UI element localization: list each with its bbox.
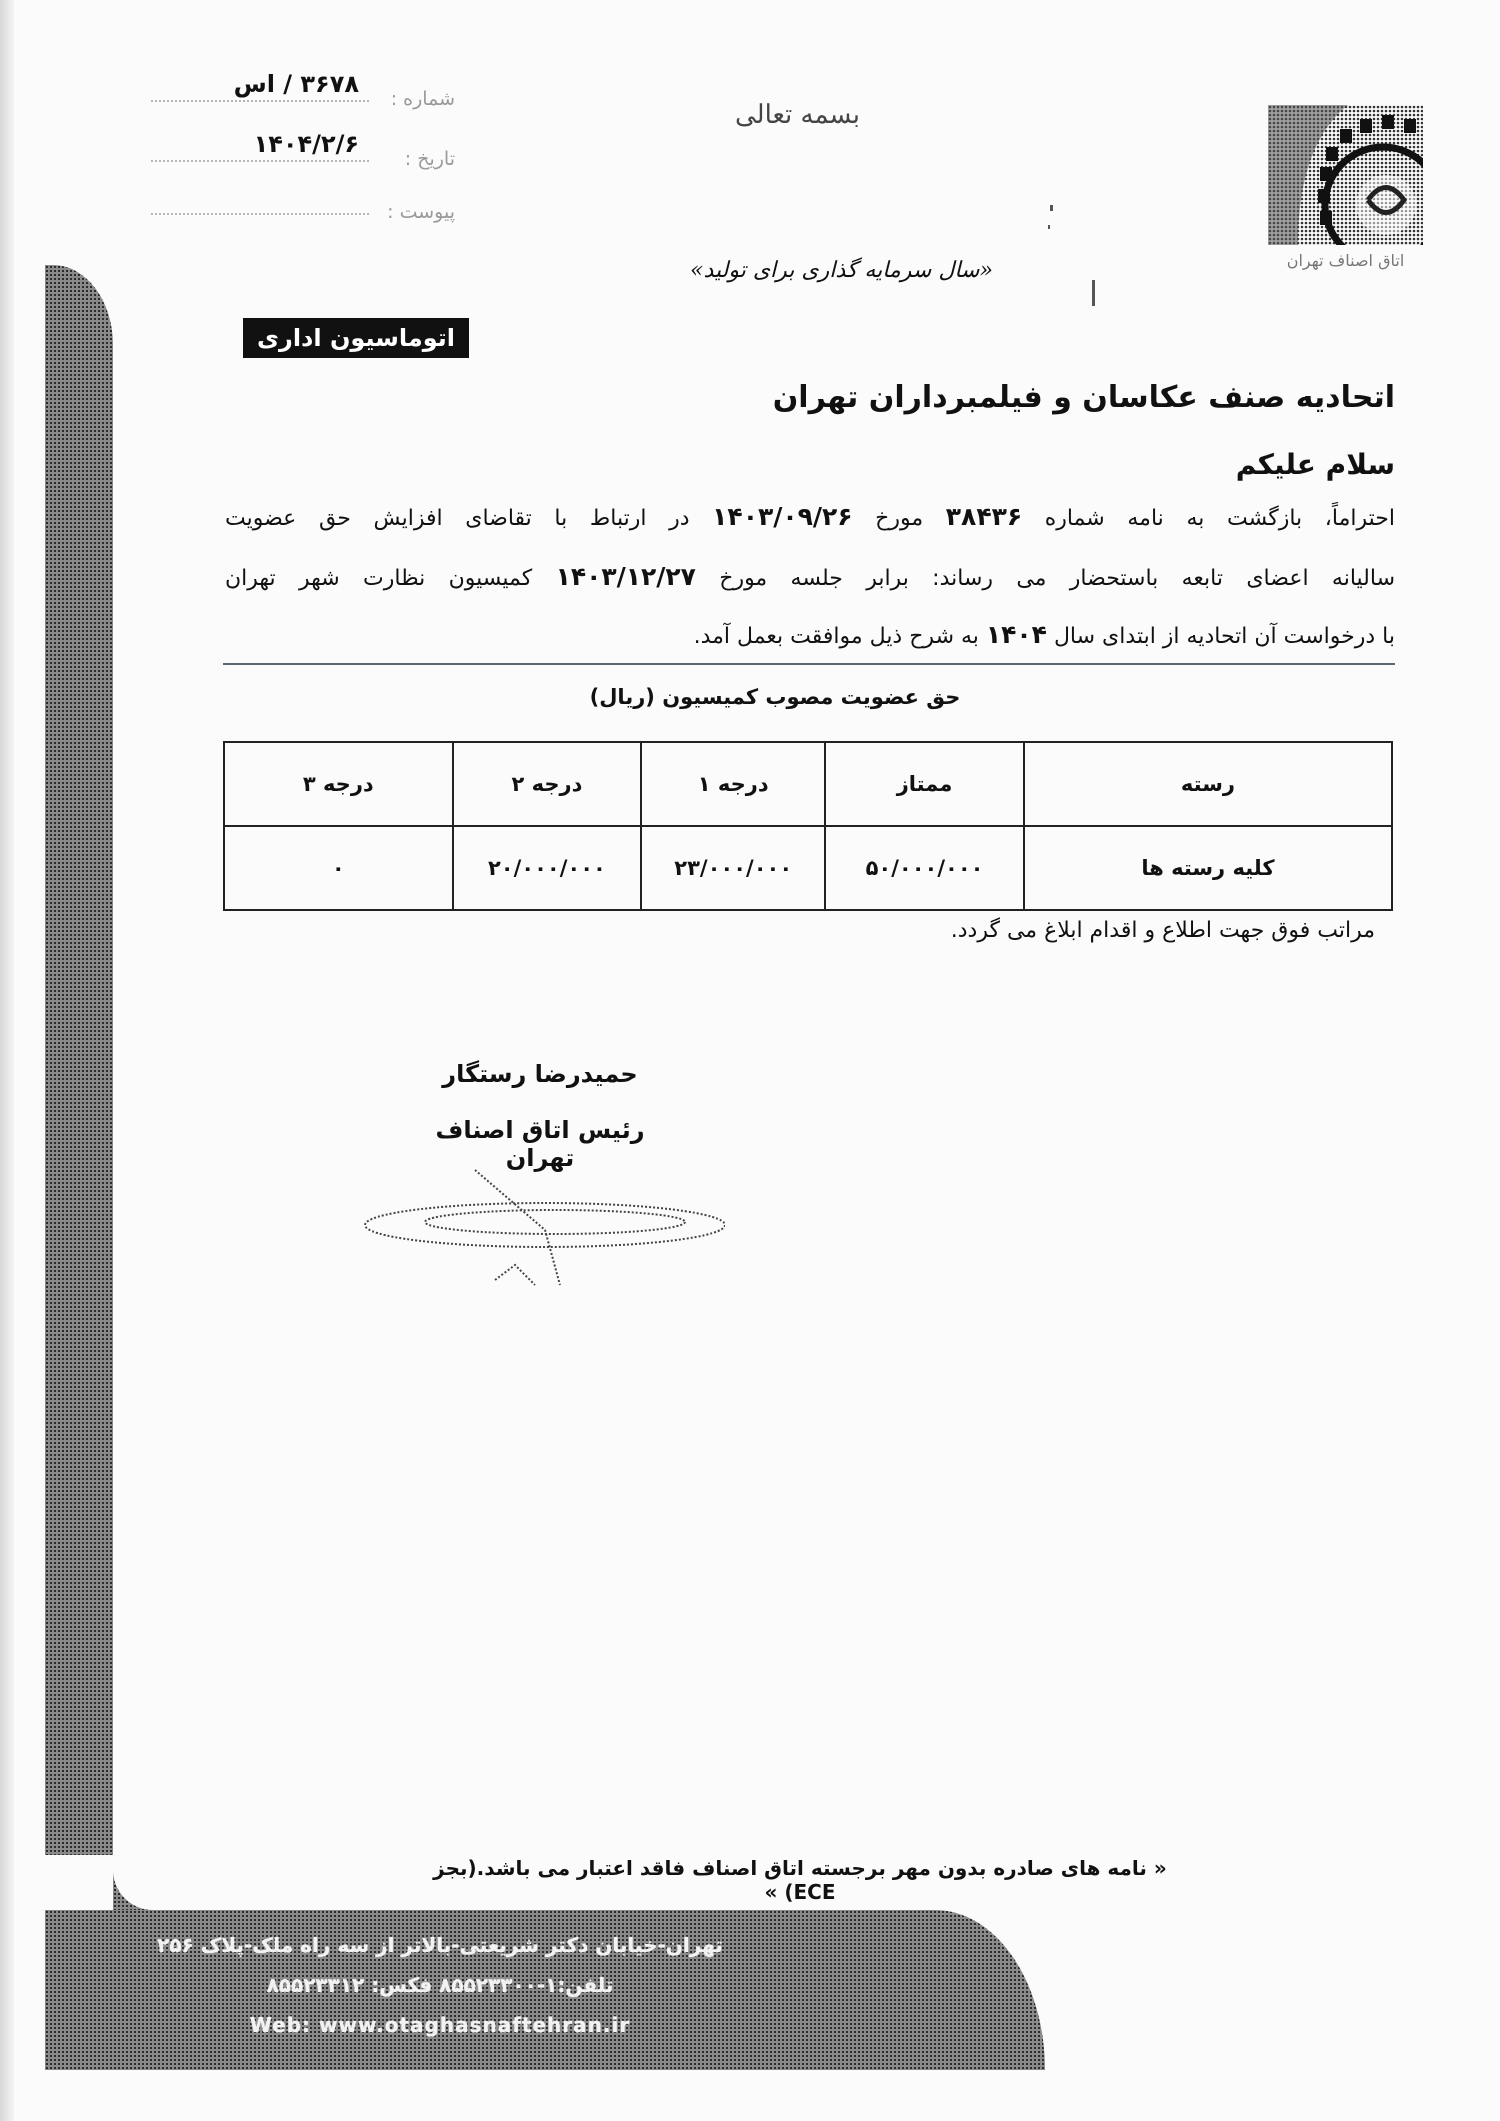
validity-disclaimer: « نامه های صادره بدون مهر برجسته اتاق اص…: [420, 1856, 1180, 1904]
letter-date-field: تاریخ : ۱۴۰۴/۲/۶: [145, 130, 455, 170]
decorative-band-left: [45, 265, 113, 1855]
scan-speck: [1050, 205, 1053, 211]
footer-website: Web: www.otaghasnaftehran.ir: [130, 2005, 750, 2045]
table-header-cell: درجه ۲: [453, 742, 642, 826]
body-text: مورخ: [853, 506, 946, 531]
body-line-3: با درخواست آن اتحادیه از ابتدای سال ۱۴۰۴…: [225, 620, 1395, 649]
letter-number-label: شماره :: [375, 88, 455, 110]
body-text: احتراماً، بازگشت به نامه شماره: [1022, 506, 1395, 531]
scan-speck: [1048, 225, 1050, 229]
gear-logo-icon: [1268, 105, 1423, 245]
letter-number-value: ۳۶۷۸ / اس: [234, 70, 359, 98]
organization-logo: اتاق اصناف تهران: [1268, 105, 1423, 295]
signer-block: حمیدرضا رستگار رئیس اتاق اصناف تهران: [400, 1060, 680, 1172]
table-header-cell: درجه ۱: [641, 742, 825, 826]
footer-contact: تهران-خیابان دکتر شریعتی-بالاتر از سه را…: [130, 1925, 750, 2045]
department-tag: اتوماسیون اداری: [243, 318, 469, 358]
bismillah-heading: بسمه تعالی: [735, 100, 860, 130]
reference-date: ۱۴۰۳/۰۹/۲۶: [712, 502, 852, 531]
table-row: کلیه رسته ها ۵۰/۰۰۰/۰۰۰ ۲۳/۰۰۰/۰۰۰ ۲۰/۰۰…: [224, 826, 1392, 910]
reference-number: ۳۸۴۳۶: [946, 502, 1022, 531]
handwritten-signature-icon: [345, 1160, 725, 1300]
membership-fee-table: رسته ممتاز درجه ۱ درجه ۲ درجه ۳ کلیه رست…: [223, 741, 1393, 911]
table-cell: کلیه رسته ها: [1024, 826, 1392, 910]
letter-date-label: تاریخ :: [375, 148, 455, 170]
year-slogan: «سال سرمایه گذاری برای تولید»: [690, 258, 993, 283]
body-text: سالیانه اعضای تابعه باستحضار می رساند: ب…: [696, 566, 1395, 591]
closing-sentence: مراتب فوق جهت اطلاع و اقدام ابلاغ می گرد…: [951, 918, 1375, 943]
letter-attachment-field: پیوست :: [145, 183, 455, 223]
footer-address: تهران-خیابان دکتر شریعتی-بالاتر از سه را…: [130, 1925, 750, 1965]
greeting: سلام علیکم: [1236, 448, 1395, 481]
table-header-cell: رسته: [1024, 742, 1392, 826]
table-cell: ۲۰/۰۰۰/۰۰۰: [453, 826, 642, 910]
letter-date-value: ۱۴۰۴/۲/۶: [254, 130, 359, 158]
scan-speck: [1092, 280, 1095, 306]
recipient-heading: اتحادیه صنف عکاسان و فیلمبرداران تهران: [773, 380, 1395, 415]
decorative-band-corner-cut: [113, 1790, 233, 1910]
section-divider: [223, 663, 1395, 665]
signer-name: حمیدرضا رستگار: [400, 1060, 680, 1088]
body-line-2: سالیانه اعضای تابعه باستحضار می رساند: ب…: [225, 562, 1395, 591]
effective-year: ۱۴۰۴: [986, 620, 1047, 649]
table-title: حق عضویت مصوب کمیسیون (ریال): [560, 685, 990, 709]
table-cell: ۲۳/۰۰۰/۰۰۰: [641, 826, 825, 910]
paper-edge: [0, 0, 14, 2121]
footer-phones: تلفن:۱-۸۵۵۲۳۳۰۰ فکس: ۸۵۵۲۳۳۱۲: [130, 1965, 750, 2005]
table-cell: ۰: [224, 826, 453, 910]
table-header-cell: ممتاز: [825, 742, 1024, 826]
table-header-row: رسته ممتاز درجه ۱ درجه ۲ درجه ۳: [224, 742, 1392, 826]
letter-number-line: ۳۶۷۸ / اس: [151, 92, 369, 102]
meeting-date: ۱۴۰۳/۱۲/۲۷: [556, 562, 696, 591]
body-text: کمیسیون نظارت شهر تهران: [225, 566, 556, 591]
letter-attachment-label: پیوست :: [375, 201, 455, 223]
letter-date-line: ۱۴۰۴/۲/۶: [151, 152, 369, 162]
body-text: با درخواست آن اتحادیه از ابتدای سال: [1047, 624, 1395, 649]
body-text: به شرح ذیل موافقت بعمل آمد.: [694, 624, 986, 649]
body-text: در ارتباط با تقاضای افزایش حق عضویت: [225, 506, 712, 531]
logo-caption: اتاق اصناف تهران: [1268, 251, 1423, 270]
letter-attachment-line: [151, 205, 369, 215]
letter-number-field: شماره : ۳۶۷۸ / اس: [145, 70, 455, 110]
body-line-1: احتراماً، بازگشت به نامه شماره ۳۸۴۳۶ مور…: [225, 502, 1395, 531]
table-cell: ۵۰/۰۰۰/۰۰۰: [825, 826, 1024, 910]
table-header-cell: درجه ۳: [224, 742, 453, 826]
